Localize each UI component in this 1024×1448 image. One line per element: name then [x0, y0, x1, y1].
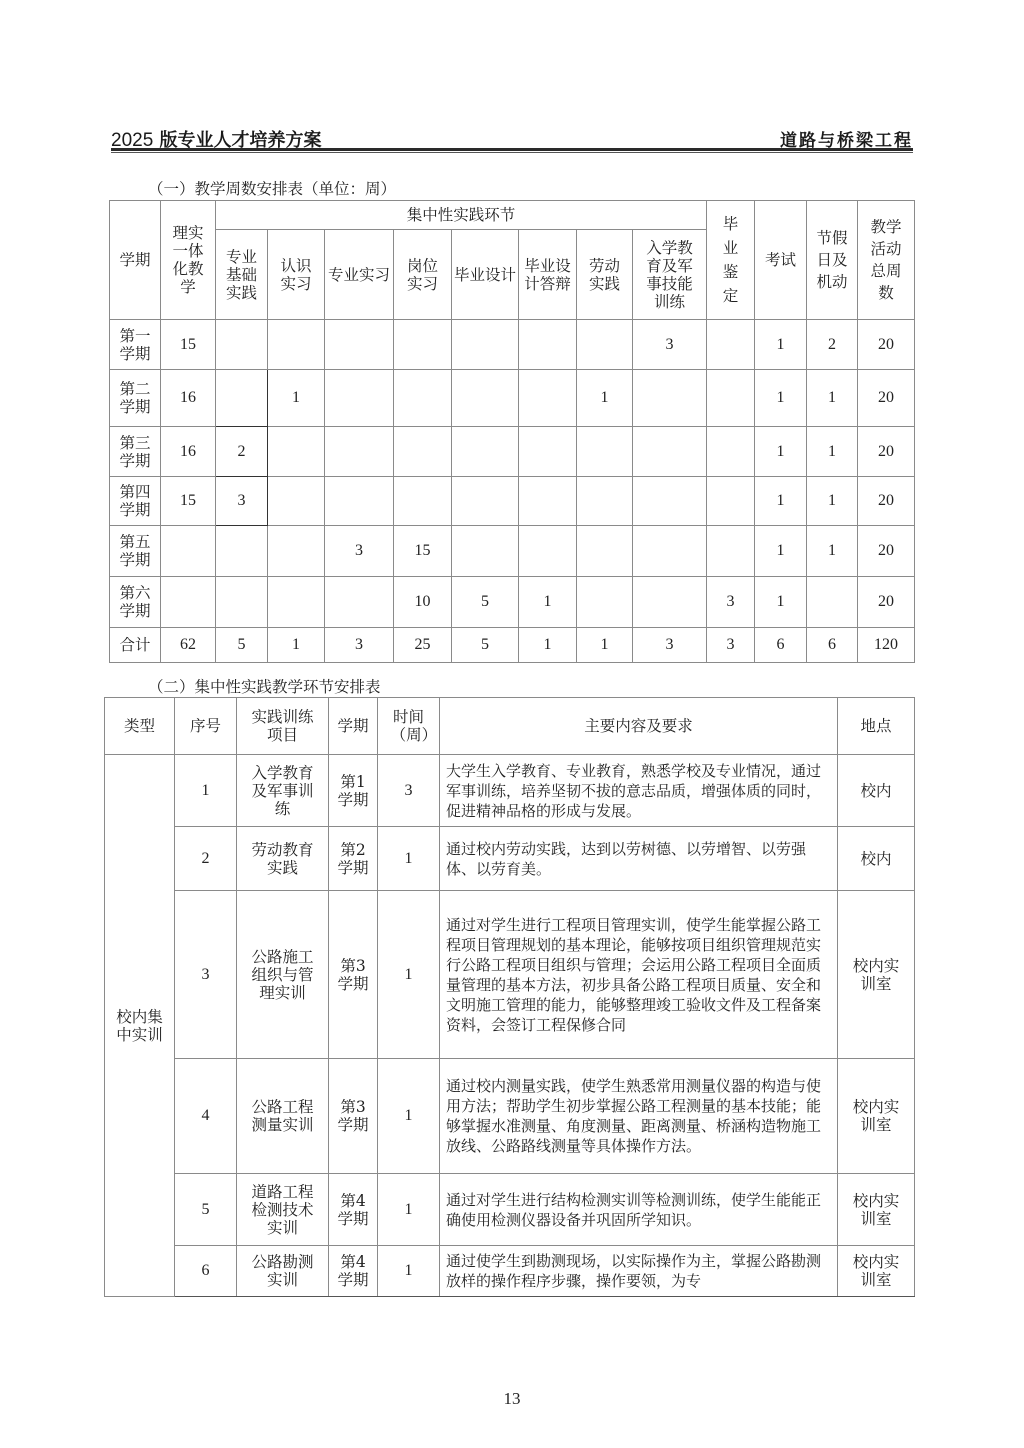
col-header-project: 实践训练项目 [237, 698, 329, 755]
table-total-row: 合计 62 5 1 3 25 5 1 1 3 3 6 6 120 [110, 628, 915, 663]
section-title-practice-schedule: （二）集中性实践教学环节安排表 [148, 675, 381, 697]
practice-schedule-table: 类型 序号 实践训练项目 学期 时间（周） 主要内容及要求 地点 校内集中实训 … [104, 697, 915, 1297]
table-row: 2 劳动教育实践 第2学期 1 通过校内劳动实践，达到以劳树德、以劳增智、以劳强… [105, 827, 915, 891]
col-header-cognition: 认识实习 [268, 230, 325, 320]
col-header-holiday: 节假日及机动 [807, 201, 858, 320]
table-row: 第二学期 16 1 1 1 1 20 [110, 370, 915, 427]
col-header-weeks: 时间（周） [378, 698, 440, 755]
table-row: 4 公路工程测量实训 第3学期 1 通过校内测量实践，使学生熟悉常用测量仪器的构… [105, 1059, 915, 1174]
page-number: 13 [0, 1389, 1024, 1409]
col-header-term: 学期 [110, 201, 161, 320]
header-rule-thin [111, 152, 913, 153]
col-header-term: 学期 [329, 698, 378, 755]
table-row: 3 公路施工组织与管理实训 第3学期 1 通过对学生进行工程项目管理实训，使学生… [105, 891, 915, 1059]
table-header-row: 类型 序号 实践训练项目 学期 时间（周） 主要内容及要求 地点 [105, 698, 915, 755]
col-header-basic-practice: 专业基础实践 [216, 230, 268, 320]
col-header-defense: 毕业设计答辩 [519, 230, 577, 320]
table-row: 校内集中实训 1 入学教育及军事训练 第1学期 3 大学生入学教育、专业教育，熟… [105, 755, 915, 827]
header-rule [111, 148, 913, 151]
col-header-labor: 劳动实践 [577, 230, 633, 320]
col-header-military: 入学教育及军事技能训练 [633, 230, 707, 320]
col-header-content: 主要内容及要求 [440, 698, 838, 755]
table-row: 6 公路勘测实训 第4学期 1 通过使学生到勘测现场，以实际操作为主，掌握公路勘… [105, 1246, 915, 1297]
table-row: 第四学期 15 3 1 1 20 [110, 477, 915, 526]
table-row: 第三学期 16 2 1 1 20 [110, 427, 915, 477]
table-row: 第一学期 15 3 1 2 20 [110, 320, 915, 370]
section-title-week-schedule: （一）教学周数安排表（单位：周） [148, 177, 396, 199]
table-header-row: 学期 理实一体化教学 集中性实践环节 毕业鉴定 考试 节假日及机动 教学活动总周… [110, 201, 915, 230]
col-header-graduation-design: 毕业设计 [452, 230, 519, 320]
table-row: 第五学期 3 15 1 1 20 [110, 526, 915, 577]
col-header-post-internship: 岗位实习 [394, 230, 452, 320]
table-row: 5 道路工程检测技术实训 第4学期 1 通过对学生进行结构检测实训等检测训练，使… [105, 1174, 915, 1246]
table-row: 第六学期 10 5 1 3 1 20 [110, 577, 915, 628]
col-header-total: 教学活动总周数 [858, 201, 915, 320]
col-header-professional-internship: 专业实习 [325, 230, 394, 320]
col-header-integrated: 理实一体化教学 [161, 201, 216, 320]
col-header-type: 类型 [105, 698, 175, 755]
group-type-cell: 校内集中实训 [105, 755, 175, 1297]
col-header-graduation-appraisal: 毕业鉴定 [707, 201, 755, 320]
col-header-location: 地点 [838, 698, 915, 755]
col-header-exam: 考试 [755, 201, 807, 320]
col-header-seq: 序号 [175, 698, 237, 755]
col-header-centralized-group: 集中性实践环节 [216, 201, 707, 230]
week-schedule-table: 学期 理实一体化教学 集中性实践环节 毕业鉴定 考试 节假日及机动 教学活动总周… [109, 200, 915, 663]
